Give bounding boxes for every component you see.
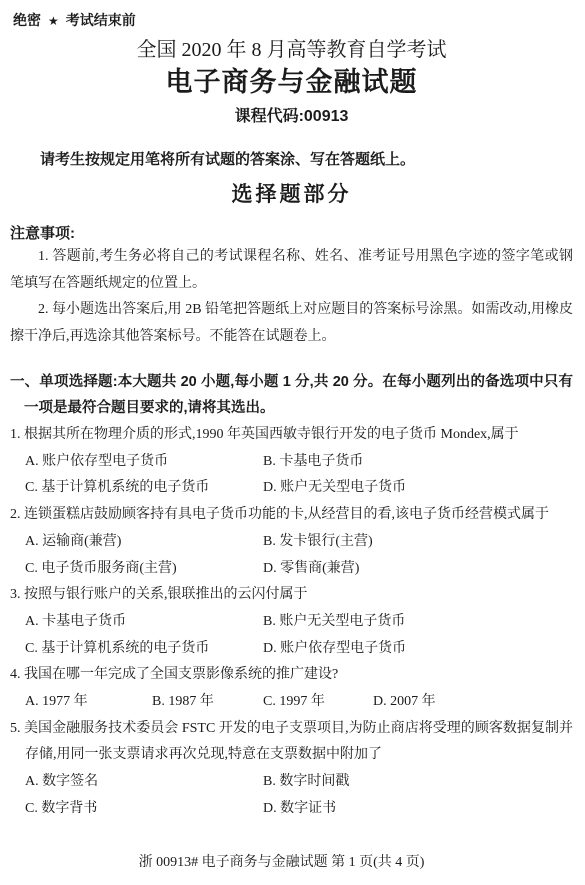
secrecy-deadline-label: 考试结束前 bbox=[66, 12, 136, 28]
option-a: A. 数字签名 bbox=[25, 769, 263, 796]
option-c: C. 基于计算机系统的电子货币 bbox=[25, 475, 263, 502]
option-b: B. 1987 年 bbox=[152, 689, 263, 716]
option-d: D. 数字证书 bbox=[263, 796, 573, 823]
star-icon: ★ bbox=[48, 14, 59, 28]
option-d: D. 账户无关型电子货币 bbox=[263, 475, 573, 502]
exam-session-title: 全国 2020 年 8 月高等教育自学考试 bbox=[10, 38, 573, 62]
option-a: A. 1977 年 bbox=[25, 689, 152, 716]
option-b: B. 发卡银行(主营) bbox=[263, 529, 573, 556]
question-stem: 2. 连锁蛋糕店鼓励顾客持有具电子货币功能的卡,从经营目的看,该电子货币经营模式… bbox=[10, 502, 573, 529]
note-item-1: 1. 答题前,考生务必将自己的考试课程名称、姓名、准考证号用黑色字迹的签字笔或钢… bbox=[10, 244, 573, 297]
course-code: 课程代码:00913 bbox=[10, 106, 573, 128]
question-stem: 5. 美国金融服务技术委员会 FSTC 开发的电子支票项目,为防止商店将受理的顾… bbox=[10, 716, 573, 769]
option-d: D. 零售商(兼营) bbox=[263, 556, 573, 583]
question-4: 4. 我国在哪一年完成了全国支票影像系统的推广建设?A. 1977 年B. 19… bbox=[10, 662, 573, 715]
question-stem: 4. 我国在哪一年完成了全国支票影像系统的推广建设? bbox=[10, 662, 573, 689]
option-c: C. 电子货币服务商(主营) bbox=[25, 556, 263, 583]
option-a: A. 运输商(兼营) bbox=[25, 529, 263, 556]
section-heading: 选择题部分 bbox=[10, 182, 573, 208]
option-a: A. 卡基电子货币 bbox=[25, 609, 263, 636]
question-stem: 3. 按照与银行账户的关系,银联推出的云闪付属于 bbox=[10, 582, 573, 609]
question-3: 3. 按照与银行账户的关系,银联推出的云闪付属于A. 卡基电子货币B. 账户无关… bbox=[10, 582, 573, 662]
option-d: D. 账户依存型电子货币 bbox=[263, 636, 573, 663]
question-options: A. 运输商(兼营)B. 发卡银行(主营)C. 电子货币服务商(主营)D. 零售… bbox=[25, 529, 573, 582]
question-1: 1. 根据其所在物理介质的形式,1990 年英国西敏寺银行开发的电子货币 Mon… bbox=[10, 422, 573, 502]
option-c: C. 1997 年 bbox=[263, 689, 373, 716]
option-b: B. 数字时间戳 bbox=[263, 769, 573, 796]
page-footer: 浙 00913# 电子商务与金融试题 第 1 页(共 4 页) bbox=[0, 853, 563, 873]
answer-sheet-instruction: 请考生按规定用笔将所有试题的答案涂、写在答题纸上。 bbox=[10, 150, 573, 170]
option-b: B. 账户无关型电子货币 bbox=[263, 609, 573, 636]
question-2: 2. 连锁蛋糕店鼓励顾客持有具电子货币功能的卡,从经营目的看,该电子货币经营模式… bbox=[10, 502, 573, 582]
part-one-heading: 一、单项选择题:本大题共 20 小题,每小题 1 分,共 20 分。在每小题列出… bbox=[10, 369, 573, 422]
option-b: B. 卡基电子货币 bbox=[263, 449, 573, 476]
question-5: 5. 美国金融服务技术委员会 FSTC 开发的电子支票项目,为防止商店将受理的顾… bbox=[10, 716, 573, 823]
question-options: A. 1977 年B. 1987 年C. 1997 年D. 2007 年 bbox=[25, 689, 573, 716]
question-stem: 1. 根据其所在物理介质的形式,1990 年英国西敏寺银行开发的电子货币 Mon… bbox=[10, 422, 573, 449]
note-item-2: 2. 每小题选出答案后,用 2B 铅笔把答题纸上对应题目的答案标号涂黑。如需改动… bbox=[10, 297, 573, 350]
secrecy-label: 绝密 bbox=[13, 12, 41, 28]
question-options: A. 账户依存型电子货币B. 卡基电子货币C. 基于计算机系统的电子货币D. 账… bbox=[25, 449, 573, 502]
exam-paper-page: 绝密★考试结束前 全国 2020 年 8 月高等教育自学考试 电子商务与金融试题… bbox=[0, 0, 585, 885]
option-c: C. 数字背书 bbox=[25, 796, 263, 823]
secrecy-line: 绝密★考试结束前 bbox=[10, 0, 573, 31]
option-d: D. 2007 年 bbox=[373, 689, 573, 716]
page-title: 电子商务与金融试题 bbox=[10, 67, 573, 97]
notes-title: 注意事项: bbox=[10, 224, 573, 244]
option-a: A. 账户依存型电子货币 bbox=[25, 449, 263, 476]
question-options: A. 数字签名B. 数字时间戳C. 数字背书D. 数字证书 bbox=[25, 769, 573, 822]
question-list: 1. 根据其所在物理介质的形式,1990 年英国西敏寺银行开发的电子货币 Mon… bbox=[10, 422, 573, 823]
question-options: A. 卡基电子货币B. 账户无关型电子货币C. 基于计算机系统的电子货币D. 账… bbox=[25, 609, 573, 662]
option-c: C. 基于计算机系统的电子货币 bbox=[25, 636, 263, 663]
